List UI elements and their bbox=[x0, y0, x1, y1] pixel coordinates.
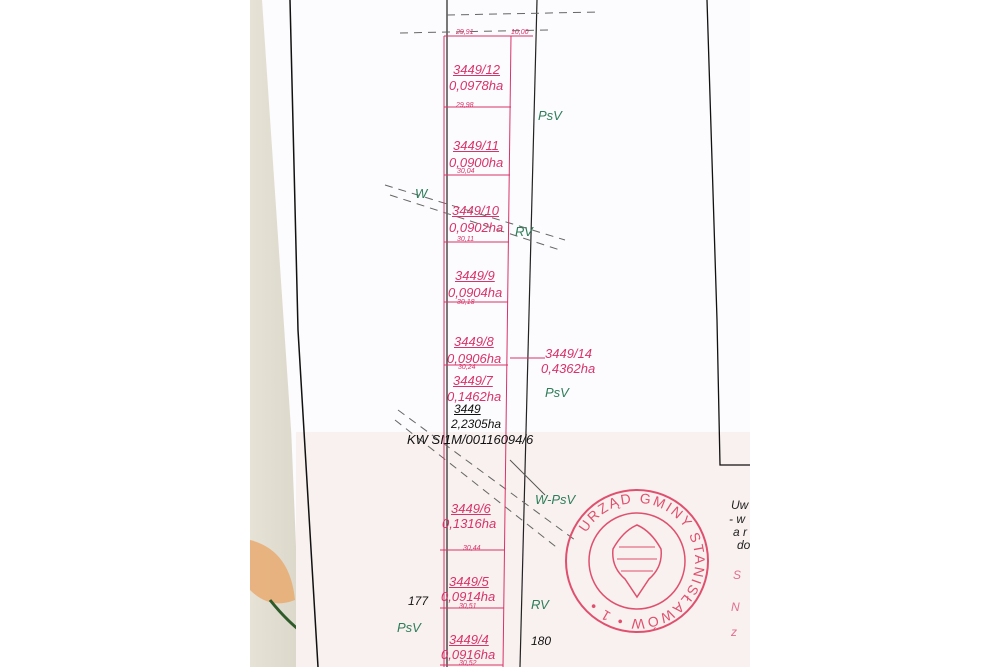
note-text: Uw bbox=[731, 498, 748, 512]
land-use-label: RV bbox=[515, 224, 533, 239]
land-use-label: RV bbox=[531, 597, 549, 612]
adjacent-parcel-area: 0,4362ha bbox=[541, 361, 595, 376]
parent-parcel-number: 3449 bbox=[454, 402, 481, 416]
parcel-area: 0,0902ha bbox=[449, 220, 503, 235]
parcel-number: 3449/12 bbox=[453, 62, 500, 77]
parcel-number: 3449/5 bbox=[449, 574, 489, 589]
land-register-number: KW SI1M/00116094/6 bbox=[407, 432, 533, 447]
note-text: S bbox=[733, 568, 741, 582]
parcel-area: 0,1316ha bbox=[442, 516, 496, 531]
parcel-number: 3449/8 bbox=[454, 334, 494, 349]
dimension-label: 30,24 bbox=[458, 364, 476, 371]
dimension-label: 30,04 bbox=[457, 168, 475, 175]
dimension-label: 30,44 bbox=[463, 545, 481, 552]
note-text: a r bbox=[733, 525, 747, 539]
parcel-area: 0,0904ha bbox=[448, 285, 502, 300]
land-use-label: PsV bbox=[397, 620, 421, 635]
parcel-number: 3449/7 bbox=[453, 373, 493, 388]
land-use-label: PsV bbox=[545, 385, 569, 400]
dimension-label: 30,52 bbox=[459, 660, 477, 667]
note-text: z bbox=[731, 625, 737, 639]
parcel-number: 3449/11 bbox=[453, 138, 499, 153]
dimension-label: 30,11 bbox=[457, 236, 474, 243]
parcel-number: 3449/10 bbox=[452, 203, 499, 218]
land-use-label: W bbox=[415, 186, 427, 201]
land-use-label: PsV bbox=[538, 108, 562, 123]
dimension-label: 30,18 bbox=[457, 299, 475, 306]
dimension-label: 30,51 bbox=[459, 603, 477, 610]
parcel-number: 3449/4 bbox=[449, 632, 489, 647]
parcel-number: 3449/9 bbox=[455, 268, 495, 283]
note-text: - w bbox=[729, 512, 745, 526]
parcel-number: 3449/6 bbox=[451, 501, 491, 516]
dimension-label: 29,91 bbox=[456, 29, 474, 36]
parent-parcel-area: 2,2305ha bbox=[451, 417, 501, 431]
dimension-label: 29,98 bbox=[456, 102, 474, 109]
neighbor-parcel-number: 177 bbox=[408, 594, 428, 608]
note-text: do bbox=[737, 538, 750, 552]
adjacent-parcel-number: 3449/14 bbox=[545, 346, 592, 361]
note-text: N bbox=[731, 600, 740, 614]
parcel-area: 0,0978ha bbox=[449, 78, 503, 93]
official-stamp: URZĄD GMINY STANISŁAWÓW • 1 • bbox=[563, 487, 711, 635]
parcel-area: 0,0914ha bbox=[441, 589, 495, 604]
dimension-label: 10,00 bbox=[511, 29, 529, 36]
cadastral-drawing bbox=[0, 0, 1000, 667]
neighbor-parcel-number: 180 bbox=[531, 634, 551, 648]
